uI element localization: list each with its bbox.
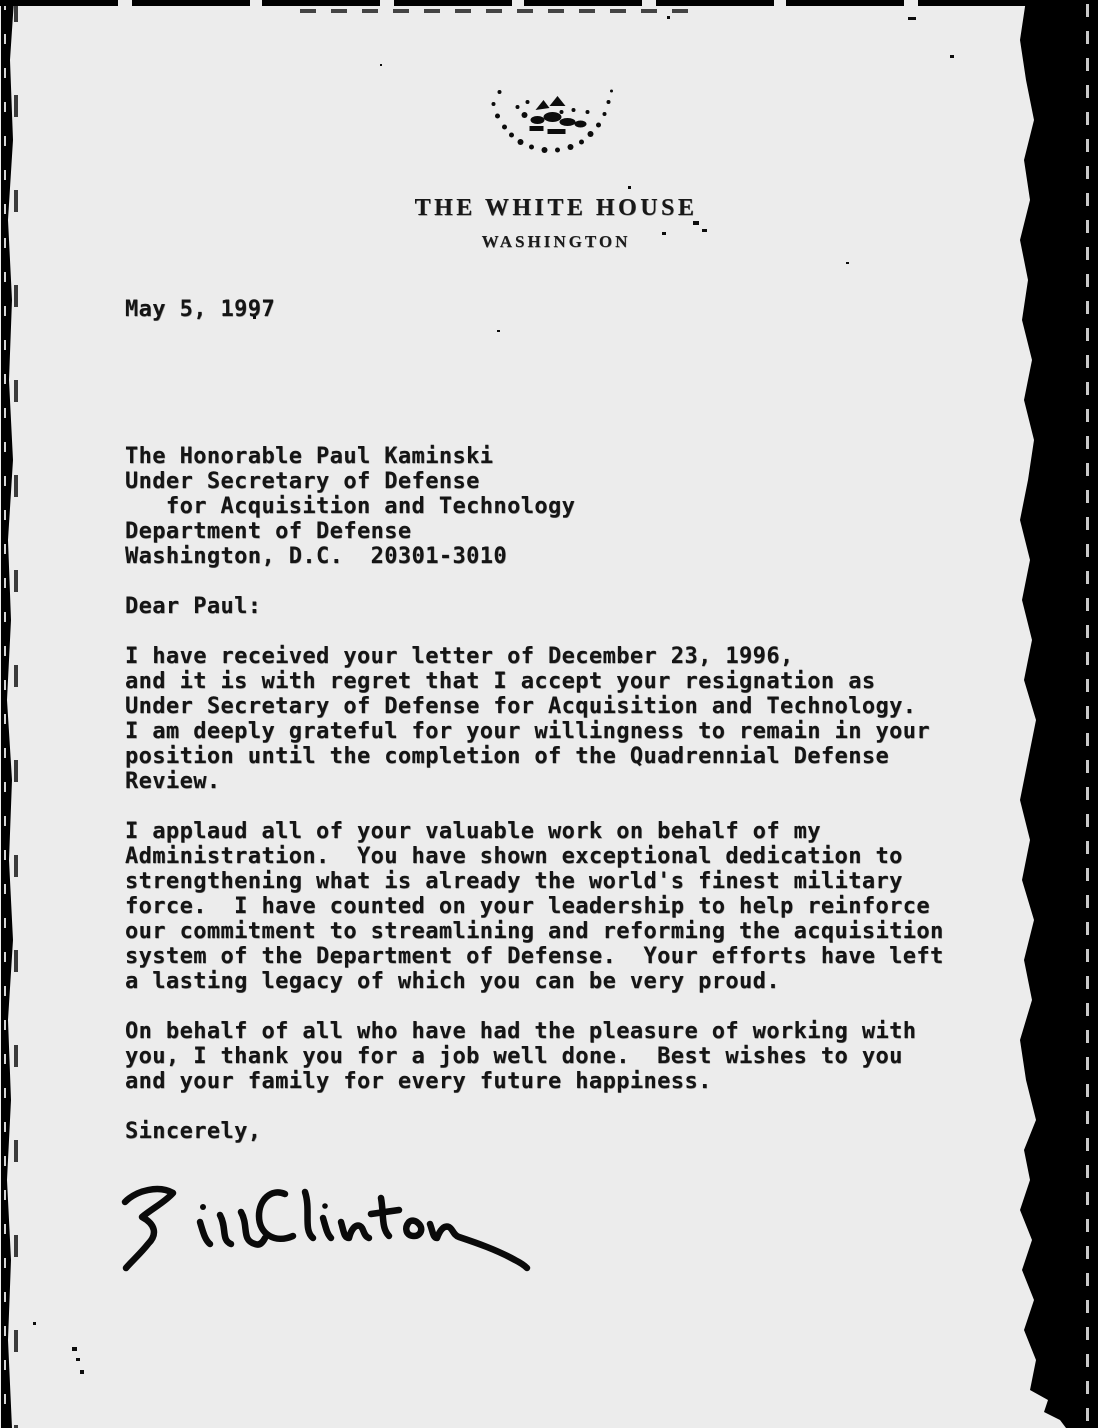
letterhead-location: WASHINGTON [482, 232, 631, 252]
letterhead-organization: THE WHITE HOUSE [415, 195, 698, 222]
date-line: May 5, 1997 [125, 297, 275, 322]
body-paragraph-3: On behalf of all who have had the pleasu… [125, 1019, 916, 1094]
presidential-seal-remnant-icon [478, 82, 633, 157]
closing: Sincerely, [125, 1119, 261, 1144]
scanned-letter-page: { "letterhead": { "organization": "THE W… [0, 0, 1098, 1428]
bill-clinton-signature [115, 1180, 535, 1290]
recipient-address: The Honorable Paul Kaminski Under Secret… [125, 444, 575, 569]
body-paragraph-2: I applaud all of your valuable work on b… [125, 819, 944, 994]
salutation: Dear Paul: [125, 594, 261, 619]
body-paragraph-1: I have received your letter of December … [125, 644, 930, 794]
